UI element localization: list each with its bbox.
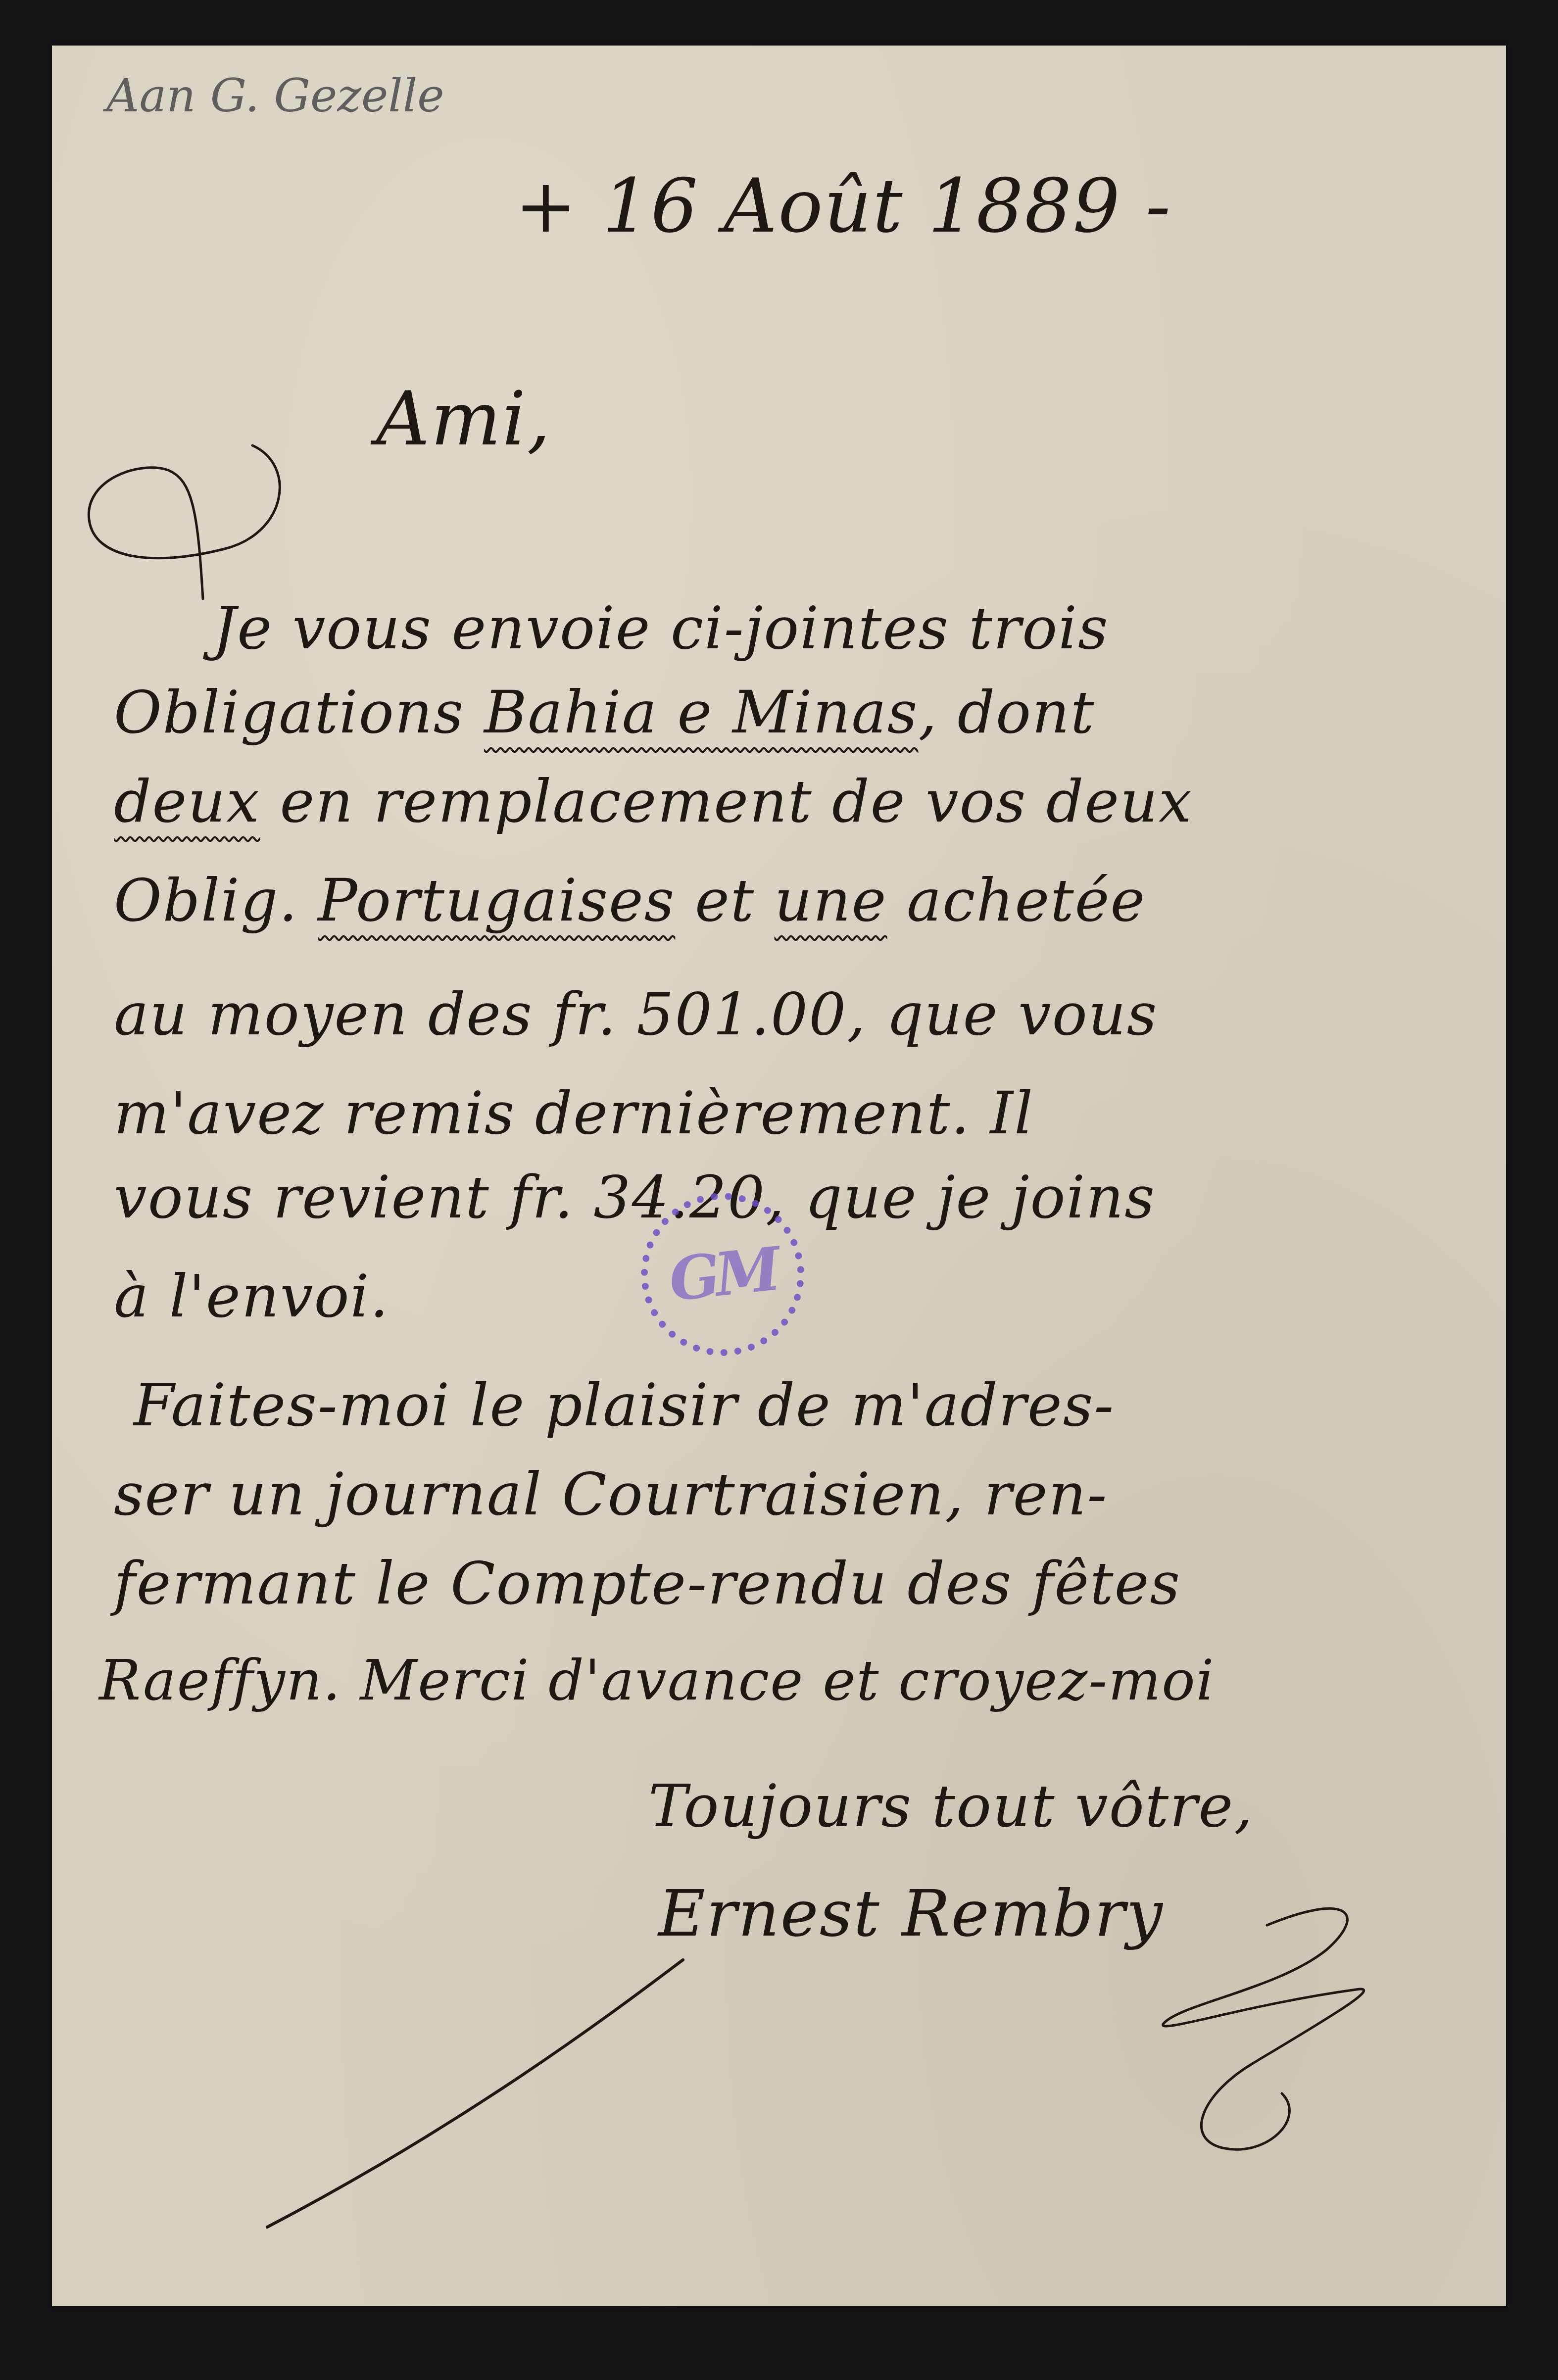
- body-line-4-after: achetée: [887, 866, 1146, 934]
- body-line-2-after: , dont: [918, 678, 1095, 746]
- body-line-3: deux en remplacement de vos deux: [114, 772, 1193, 830]
- body-line-4-middle: et: [675, 866, 774, 934]
- body-line-4: Oblig. Portugaises et une achetée: [114, 871, 1146, 929]
- body-line-9: Faites-moi le plaisir de m'adres-: [134, 1376, 1115, 1434]
- body-line-6: m'avez remis dernièrement. Il: [114, 1084, 1034, 1142]
- body-line-12: Raeffyn. Merci d'avance et croyez-moi: [99, 1653, 1215, 1708]
- body-line-11: fermant le Compte-rendu des fêtes: [114, 1554, 1181, 1612]
- body-line-5: au moyen des fr. 501.00, que vous: [114, 985, 1158, 1043]
- stamp-monogram: GM: [666, 1234, 779, 1315]
- underlined-deux: deux: [114, 767, 260, 835]
- salutation: Ami,: [376, 376, 551, 462]
- body-line-8: à l'envoi.: [114, 1267, 389, 1325]
- date-line: + 16 Août 1889 -: [515, 163, 1171, 249]
- underlined-bahia-e-minas: Bahia e Minas: [484, 678, 918, 746]
- body-line-3-after: en remplacement de vos deux: [260, 767, 1193, 835]
- body-line-10: ser un journal Courtraisien, ren-: [114, 1465, 1108, 1523]
- signature: Ernest Rembry: [658, 1876, 1164, 1951]
- body-line-7: vous revient fr. 34.20, que je joins: [114, 1168, 1156, 1226]
- closing: Toujours tout vôtre,: [648, 1772, 1254, 1840]
- body-line-2: Obligations Bahia e Minas, dont: [114, 683, 1095, 741]
- body-line-4-before: Oblig.: [114, 866, 318, 934]
- underlined-portugaises: Portugaises: [318, 866, 675, 934]
- body-line-1: Je vous envoie ci-jointes trois: [213, 599, 1109, 657]
- body-line-2-before: Obligations: [114, 678, 484, 746]
- underlined-une: une: [775, 866, 887, 934]
- archive-annotation: Aan G. Gezelle: [106, 69, 444, 122]
